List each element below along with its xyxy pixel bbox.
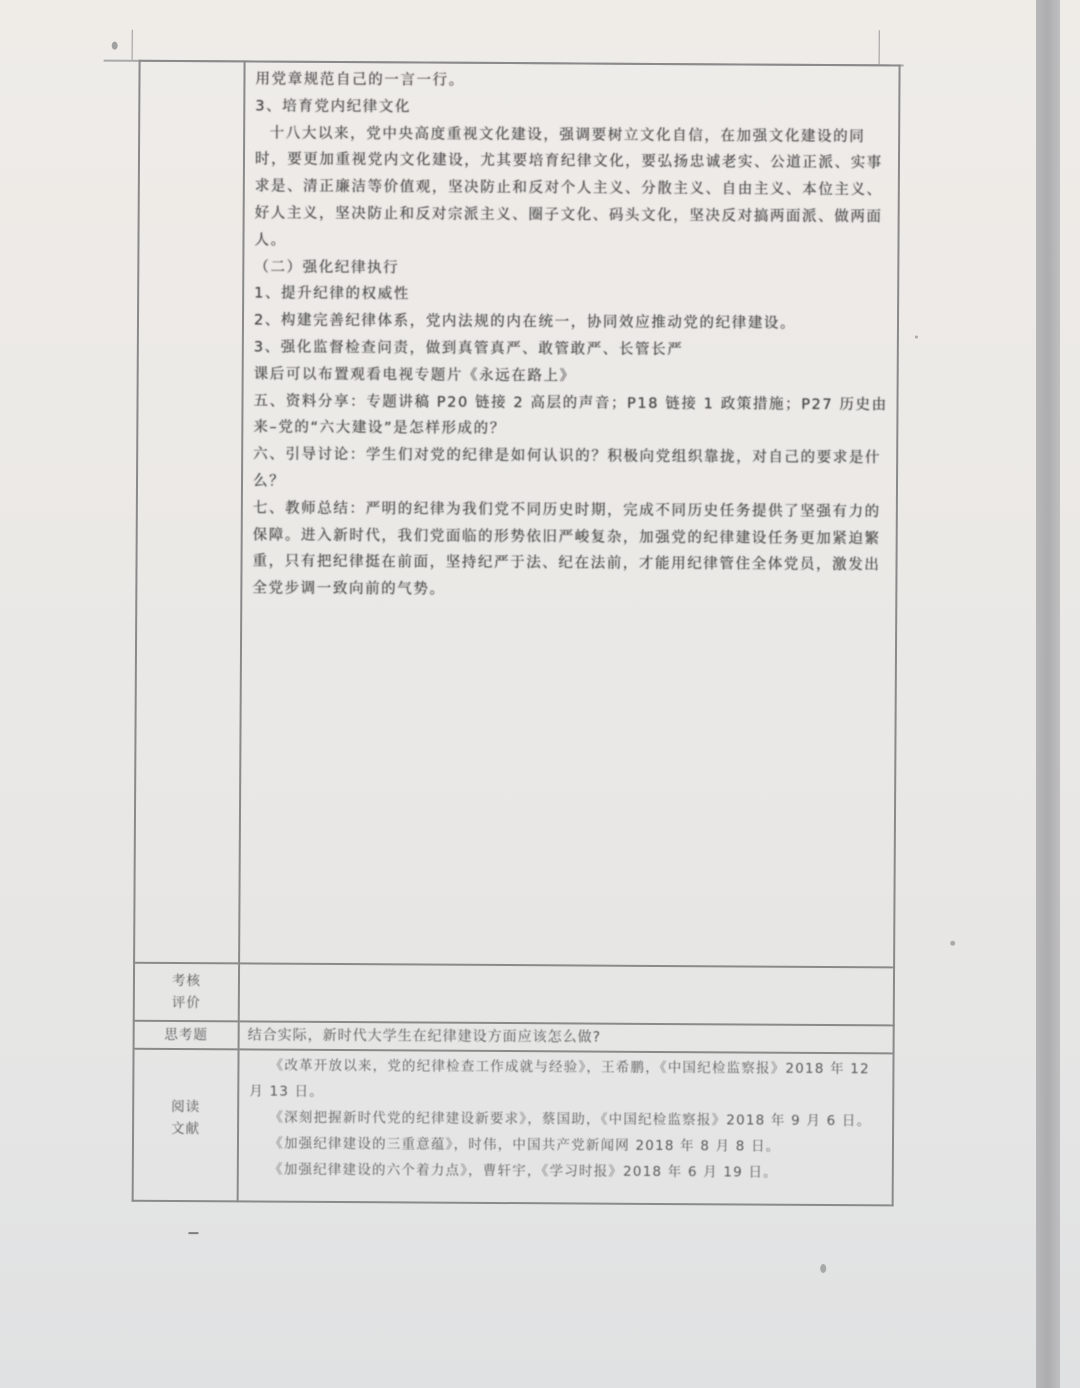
content-line: 课后可以布置观看电视专题片《永远在路上》 [254, 361, 889, 392]
reference-item: 《深刻把握新时代党的纪律建设新要求》，蔡国助，《中国纪检监察报》2018 年 9… [249, 1104, 884, 1134]
dust-spot [820, 1264, 826, 1273]
content-line: 用党章规范自己的一言一行。 [255, 66, 890, 97]
lesson-plan-table: 用党章规范自己的一言一行。 3、培育党内纪律文化 十八大以来，党中央高度重视文化… [132, 60, 901, 1207]
content-line: 3、强化监督检查问责，做到真管真严、敢管敢严、长管长严 [254, 334, 889, 365]
dust-spot [950, 941, 955, 946]
evaluation-label: 考核 评价 [135, 964, 238, 1015]
references-list-cell: 《改革开放以来，党的纪律检查工作成就与经验》，王希鹏，《中国纪检监察报》2018… [238, 1049, 894, 1205]
main-content-text: 用党章规范自己的一言一行。 3、培育党内纪律文化 十八大以来，党中央高度重视文化… [242, 62, 898, 606]
content-line: 2、构建完善纪律体系，党内法规的内在统一，协同效应推动党的纪律建设。 [254, 308, 889, 339]
content-subheading: 3、培育党内纪律文化 [255, 93, 890, 124]
content-paragraph: 十八大以来，党中央高度重视文化建设，强调要树立文化自信，在加强文化建设的同时，要… [254, 120, 890, 258]
vertical-scrollbar[interactable] [1036, 0, 1060, 1388]
content-paragraph: 五、资料分享：专题讲稿 P20 链接 2 高层的声音；P18 链接 1 政策措施… [253, 388, 888, 445]
content-subheading: （二）强化纪律执行 [254, 254, 889, 285]
reference-item: 《加强纪律建设的六个着力点》，曹轩宇，《学习时报》2018 年 6 月 19 日… [249, 1156, 884, 1186]
margin-crop-mark-right [879, 30, 880, 64]
references-label-line1: 阅读 [134, 1096, 237, 1119]
evaluation-label-line2: 评价 [135, 992, 238, 1015]
references-label: 阅读 文献 [134, 1050, 238, 1141]
dust-spot [915, 336, 918, 339]
document-page: 用党章规范自己的一言一行。 3、培育党内纪律文化 十八大以来，党中央高度重视文化… [0, 0, 1034, 1388]
content-paragraph: 七、教师总结：严明的纪律为我们党不同历史时期，完成不同历史任务提供了坚强有力的保… [252, 495, 888, 606]
question-text-cell: 结合实际，新时代大学生在纪律建设方面应该怎么做? [239, 1021, 894, 1053]
evaluation-label-line1: 考核 [135, 970, 238, 993]
content-paragraph: 六、引导讨论：学生们对党的纪律是如何认识的？积极向党组织靠拢，对自己的要求是什么… [253, 442, 888, 499]
question-text: 结合实际，新时代大学生在纪律建设方面应该怎么做? [240, 1022, 893, 1052]
main-label-cell [134, 61, 245, 964]
references-row: 阅读 文献 《改革开放以来，党的纪律检查工作成就与经验》，王希鹏，《中国纪检监察… [133, 1049, 894, 1206]
main-content-cell: 用党章规范自己的一言一行。 3、培育党内纪律文化 十八大以来，党中央高度重视文化… [239, 61, 899, 967]
evaluation-label-cell: 考核 评价 [134, 963, 239, 1022]
references-list: 《改革开放以来，党的纪律检查工作成就与经验》，王希鹏，《中国纪检监察报》2018… [239, 1050, 893, 1192]
question-label-cell: 思考题 [134, 1021, 239, 1050]
question-label: 思考题 [135, 1022, 238, 1049]
evaluation-value-cell [239, 963, 894, 1025]
reference-item: 《加强纪律建设的三重意蕴》，时伟，中国共产党新闻网 2018 年 8 月 8 日… [249, 1130, 884, 1160]
references-label-cell: 阅读 文献 [133, 1049, 239, 1202]
content-line: 1、提升纪律的权威性 [254, 281, 889, 312]
margin-crop-mark-left [132, 30, 133, 60]
reference-item: 《改革开放以来，党的纪律检查工作成就与经验》，王希鹏，《中国纪检监察报》2018… [249, 1052, 884, 1108]
margin-marker-dot [112, 42, 118, 50]
main-content-row: 用党章规范自己的一言一行。 3、培育党内纪律文化 十八大以来，党中央高度重视文化… [134, 61, 899, 968]
references-label-line2: 文献 [134, 1118, 237, 1141]
stray-mark [188, 1232, 198, 1234]
evaluation-row: 考核 评价 [134, 963, 894, 1026]
